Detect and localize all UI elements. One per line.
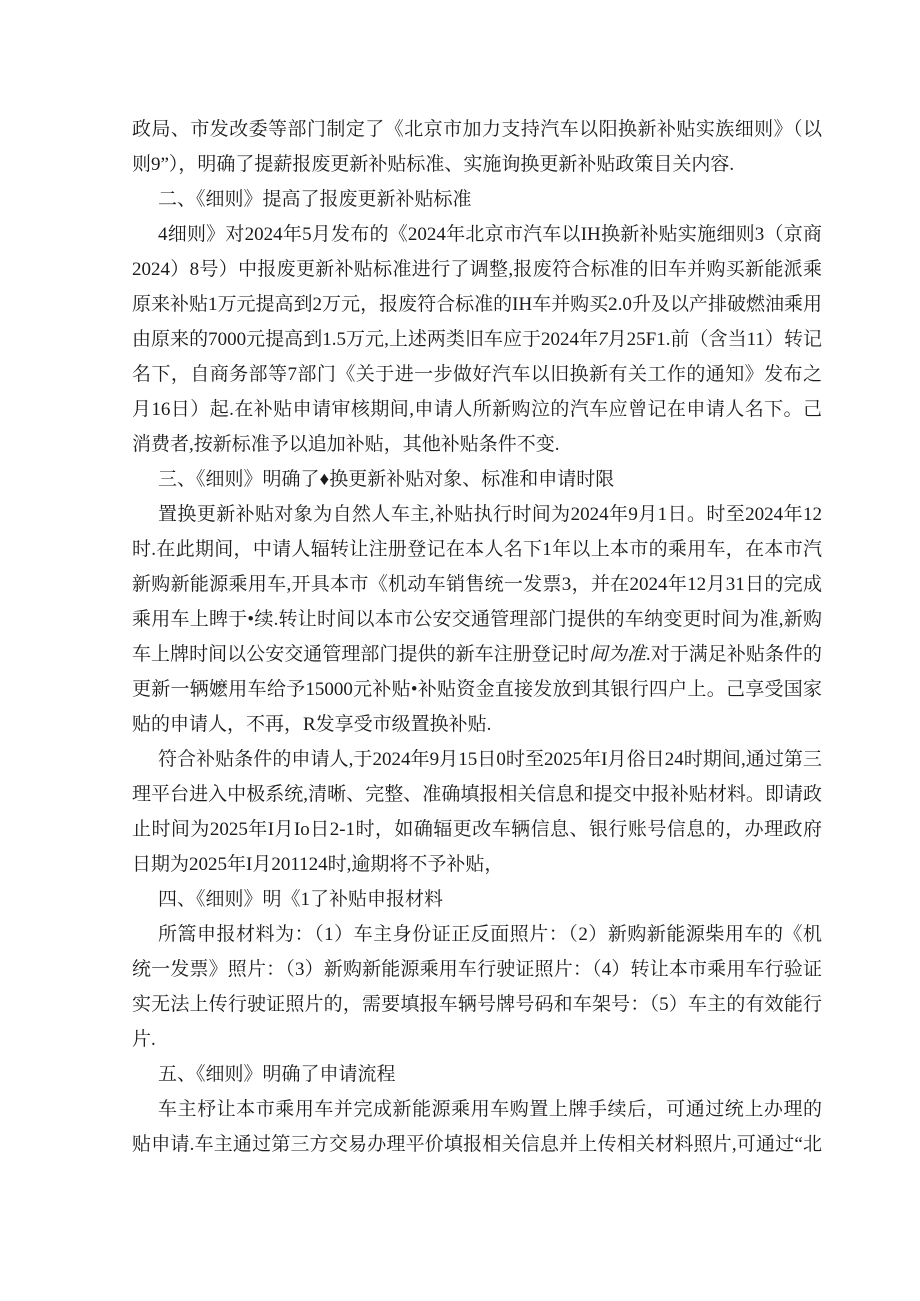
- text-line: 五、《细则》明确了申请流程: [132, 1057, 822, 1092]
- text-line: 政局、市发改委等部门制定了《北京市加力支持汽车以阳换新补贴实族细则》（以下简称“…: [132, 112, 822, 147]
- text-line: 新购新能源乘用车,开具本市《机动车销售统一发票3，并在2024年12月31日的完…: [132, 567, 822, 602]
- text-line: 由原来的7000元提高到1.5万元,上述两类旧车应于2024年7月25F1.前（…: [132, 322, 822, 357]
- text-line: 2024）8号）中报废更新补贴标准进行了调整,报废符合标准的旧车并购买新能派乘用…: [132, 252, 822, 287]
- text-segment: 则9”），明确了提薪报废更新补贴标准、实施询换更新补贴政策目关内容.: [132, 154, 734, 175]
- text-segment: 贴的申请人，不再，R发享受市级置换补贴.: [132, 714, 491, 735]
- text-segment: 消费者,按新标准予以追加补贴，其他补贴条件不变.: [132, 434, 560, 455]
- text-line: 理平台进入中极系统,清晰、完整、准确填报相关信息和提交中报补贴材料。即请政府补贴…: [132, 777, 822, 812]
- text-segment: 更新一辆嬷用车给予15000元补贴•补贴资金直接发放到其银行四户上。己享受国家报…: [132, 679, 822, 707]
- text-segment: 2024）8号）中报废更新补贴标准进行了调整,报废符合标准的旧车并购买新能派乘用…: [132, 259, 822, 287]
- text-segment: 符合补贴条件的申请人,于2024年9月15日0时至2025年I月俗日24时期间,…: [132, 749, 822, 777]
- text-segment: 四、《细则》明《1了补贴申报材料: [158, 889, 443, 910]
- text-line: 所篙申报材料为：（1）车主身份证正反面照片：（2）新购新能源柴用车的《机动车第害: [132, 917, 822, 952]
- text-segment: 所篙申报材料为：（1）车主身份证正反面照片：（2）新购新能源柴用车的《机动车第害: [132, 924, 822, 952]
- text-line: 实无法上传行驶证照片的，需要填报车辆号牌号码和车架号：（5）车主的有效能行卡账号…: [132, 987, 822, 1022]
- text-line: 三、《细则》明确了♦换更新补贴对象、标准和申请时限: [132, 462, 822, 497]
- text-line: 符合补贴条件的申请人,于2024年9月15日0时至2025年I月俗日24时期间,…: [132, 742, 822, 777]
- text-line: 名下，自商务部等7部门《关于进一步做好汽车以旧换新有关工作的通知》发布之日（20…: [132, 357, 822, 392]
- text-segment: 统一发票》照片：（3）新购新能源乘用车行驶证照片：（4）转让本市乘用车行验证照片…: [132, 959, 822, 987]
- text-segment: 时.在此期间，中请人辐转让注册登记在本人名下1年以上本市的乘用车，在本市汽车带田…: [132, 539, 822, 567]
- text-line: 置换更新补贴对象为自然人车主,补贴执行时间为2024年9月1日。时至2024年1…: [132, 497, 822, 532]
- text-line: 则9”），明确了提薪报废更新补贴标准、实施询换更新补贴政策目关内容.: [132, 147, 822, 182]
- document-page: 政局、市发改委等部门制定了《北京市加力支持汽车以阳换新补贴实族细则》（以下简称“…: [0, 0, 920, 1301]
- document-body: 政局、市发改委等部门制定了《北京市加力支持汽车以阳换新补贴实族细则》（以下简称“…: [132, 112, 822, 1162]
- text-segment: 贴申请.车主通过第三方交易办理平价填报相关信息并上传相关材料照片,可通过“北京市…: [132, 1134, 822, 1162]
- text-line: 时.在此期间，中请人辐转让注册登记在本人名下1年以上本市的乘用车，在本市汽车带田…: [132, 532, 822, 567]
- text-line: 片.: [132, 1022, 822, 1057]
- text-segment: 实无法上传行驶证照片的，需要填报车辆号牌号码和车架号：（5）车主的有效能行卡账号…: [132, 994, 822, 1022]
- text-line: 更新一辆嬷用车给予15000元补贴•补贴资金直接发放到其银行四户上。己享受国家报…: [132, 672, 822, 707]
- text-line: 贴申请.车主通过第三方交易办理平价填报相关信息并上传相关材料照片,可通过“北京市…: [132, 1127, 822, 1162]
- text-segment: 止时间为2025年I月Io日2-1时，如确辐更改车辆信息、银行账号信息的，办理政…: [132, 819, 822, 847]
- text-segment: 片.: [132, 1029, 156, 1050]
- text-line: 统一发票》照片：（3）新购新能源乘用车行驶证照片：（4）转让本市乘用车行验证照片…: [132, 952, 822, 987]
- text-segment: 三、《细则》明确了♦换更新补贴对象、标准和申请时限: [158, 469, 614, 490]
- text-segment: 由原来的7000元提高到1.5万元,上述两类旧车应于2024年: [132, 329, 598, 350]
- text-line: 二、《细则》提高了报废更新补贴标准: [132, 182, 822, 217]
- text-line: 四、《细则》明《1了补贴申报材料: [132, 882, 822, 917]
- text-line: 日期为2025年I月201124时,逾期将不予补贴，: [132, 847, 822, 882]
- text-line: 原来补贴1万元提高到2万元，报废符合标准的IH车并购买2.0升及以产排破燃油乘用…: [132, 287, 822, 322]
- text-segment: 原来补贴1万元提高到2万元，报废符合标准的IH车并购买2.0升及以产排破燃油乘用…: [132, 294, 822, 322]
- text-segment: 车主杼让本市乘用车并完成新能源乘用车购置上牌手续后，可通过统上办理的方式提交补: [132, 1099, 822, 1127]
- text-line: 乘用车上睥于•续.转让时间以本市公安交通管理部门提供的车纳变更时间为准,新购新能…: [132, 602, 822, 637]
- text-segment: 月16日）起.在补贴申请审核期间,申请人所新购泣的汽车应曾记在申请人名下。己申请…: [132, 399, 822, 427]
- text-segment: 名下，自商务部等7部门《关于进一步做好汽车以旧换新有关工作的通知》发布之日（20…: [132, 364, 822, 392]
- text-segment: 日期为2025年I月201124时,逾期将不予补贴，: [132, 854, 503, 875]
- text-line: 消费者,按新标准予以追加补贴，其他补贴条件不变.: [132, 427, 822, 462]
- text-segment: 政局、市发改委等部门制定了《北京市加力支持汽车以阳换新补贴实族细则》（以下简称“…: [132, 119, 822, 147]
- text-segment: 理平台进入中极系统,清晰、完整、准确填报相关信息和提交中报补贴材料。即请政府补贴…: [132, 784, 822, 812]
- text-line: 车上牌时间以公安交通管理部门提供的新车注册登记时间为准.对于满足补贴条件的中谙人…: [132, 637, 822, 672]
- text-segment-italic: 7: [598, 329, 608, 350]
- text-line: 止时间为2025年I月Io日2-1时，如确辐更改车辆信息、银行账号信息的，办理政…: [132, 812, 822, 847]
- text-segment: 乘用车上睥于•续.转让时间以本市公安交通管理部门提供的车纳变更时间为准,新购新能…: [132, 609, 822, 637]
- text-segment: 车上牌时间以公安交通管理部门提供的新车注册登记时: [132, 644, 589, 665]
- text-line: 4细则》对2024年5月发布的《2024年北京市汽车以IH换新补贴实施细则3（京…: [132, 217, 822, 252]
- text-segment: 4细则》对2024年5月发布的《2024年北京市汽车以IH换新补贴实施细则3（京…: [132, 224, 822, 252]
- text-segment: 二、《细则》提高了报废更新补贴标准: [158, 189, 472, 210]
- text-segment: 五、《细则》明确了申请流程: [158, 1064, 396, 1085]
- text-line: 月16日）起.在补贴申请审核期间,申请人所新购泣的汽车应曾记在申请人名下。己申请…: [132, 392, 822, 427]
- text-segment: 置换更新补贴对象为自然人车主,补贴执行时间为2024年9月1日。时至2024年1…: [132, 504, 822, 532]
- text-line: 贴的申请人，不再，R发享受市级置换补贴.: [132, 707, 822, 742]
- text-line: 车主杼让本市乘用车并完成新能源乘用车购置上牌手续后，可通过统上办理的方式提交补: [132, 1092, 822, 1127]
- text-segment-italic: 间为准: [589, 644, 646, 665]
- text-segment: 新购新能源乘用车,开具本市《机动车销售统一发票3，并在2024年12月31日的完…: [132, 574, 822, 602]
